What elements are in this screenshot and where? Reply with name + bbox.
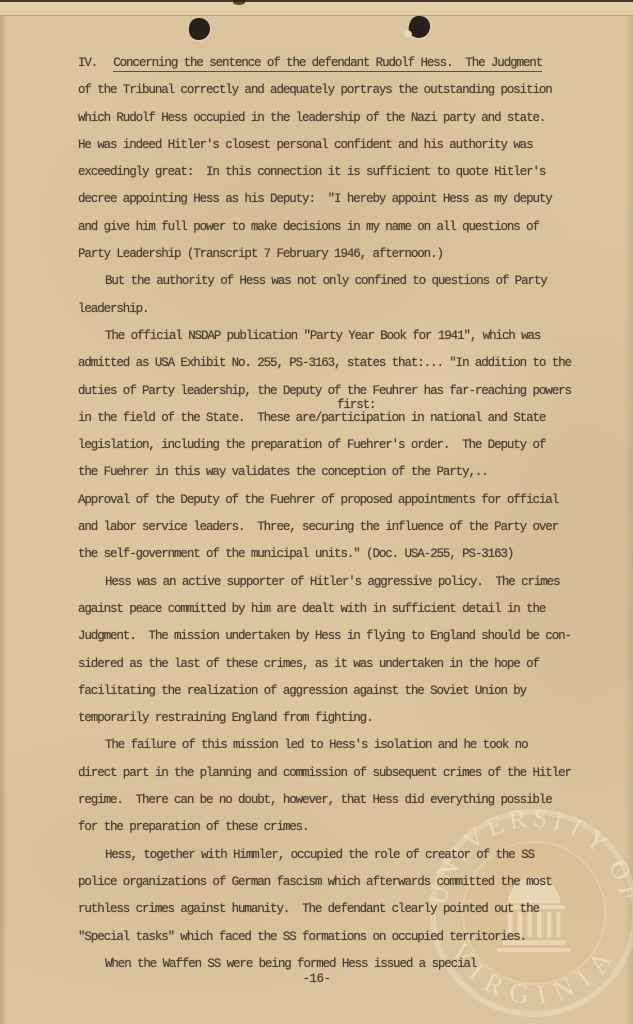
text-line: for the preparation of these crimes.	[78, 820, 618, 847]
text-line: police organizations of German fascism w…	[78, 875, 618, 902]
paper-top-edge	[0, 0, 633, 16]
text-line: and give him full power to make decision…	[78, 220, 618, 247]
document-page: UNIVERSITY OF VIRGINIA IV.Concerning the…	[0, 0, 633, 1024]
text-line: Hess, together with Himmler, occupied th…	[78, 848, 618, 875]
text-line: But the authority of Hess was not only c…	[78, 274, 618, 301]
punch-hole-right	[407, 14, 433, 40]
text-line: leadership.	[78, 302, 618, 329]
text-line: and labor service leaders. Three, securi…	[78, 520, 618, 547]
text-line: The failure of this mission led to Hess'…	[78, 738, 618, 765]
text-line: direct part in the planning and commissi…	[78, 766, 618, 793]
text-line: ruthless crimes against humanity. The de…	[78, 902, 618, 929]
text-line: facilitating the realization of aggressi…	[78, 684, 618, 711]
text-line: admitted as USA Exhibit No. 255, PS-3163…	[78, 356, 618, 383]
text-line: Hess was an active supporter of Hitler's…	[78, 575, 618, 602]
text-line: decree appointing Hess as his Deputy: "I…	[78, 192, 618, 219]
paper-top-notch	[233, 0, 245, 5]
text-line: against peace committed by him are dealt…	[78, 602, 618, 629]
text-line: of the Tribunal correctly and adequately…	[78, 83, 618, 110]
interline-insertion: first:	[337, 398, 375, 412]
text-line: "Special tasks" which faced the SS forma…	[78, 930, 618, 957]
section-number: IV.	[78, 56, 97, 70]
text-line: Judgment. The mission undertaken by Hess…	[78, 629, 618, 656]
text-line: regime. There can be no doubt, however, …	[78, 793, 618, 820]
text-line: in the field of the State. These are/par…	[78, 411, 618, 438]
section-title: Concerning the sentence of the defendant…	[113, 56, 542, 72]
text-line: exceedingly great: In this connection it…	[78, 165, 618, 192]
text-line: temporarily restraining England from fig…	[78, 711, 618, 738]
text-line: sidered as the last of these crimes, as …	[78, 657, 618, 684]
text-line: legislation, including the preparation o…	[78, 438, 618, 465]
text-line: which Rudolf Hess occupied in the leader…	[78, 111, 618, 138]
text-line: The official NSDAP publication "Party Ye…	[78, 329, 618, 356]
section-heading: IV.Concerning the sentence of the defend…	[78, 56, 618, 83]
punch-hole-left	[189, 18, 210, 40]
text-line: Approval of the Deputy of the Fuehrer of…	[78, 493, 618, 520]
page-number: -16-	[0, 972, 633, 986]
text-line: the self-government of the municipal uni…	[78, 547, 618, 574]
text-line: He was indeed Hitler's closest personal …	[78, 138, 618, 165]
typed-text-block: IV.Concerning the sentence of the defend…	[78, 56, 618, 984]
text-line: the Fuehrer in this way validates the co…	[78, 465, 618, 492]
text-line: Party Leadership (Transcript 7 February …	[78, 247, 618, 274]
